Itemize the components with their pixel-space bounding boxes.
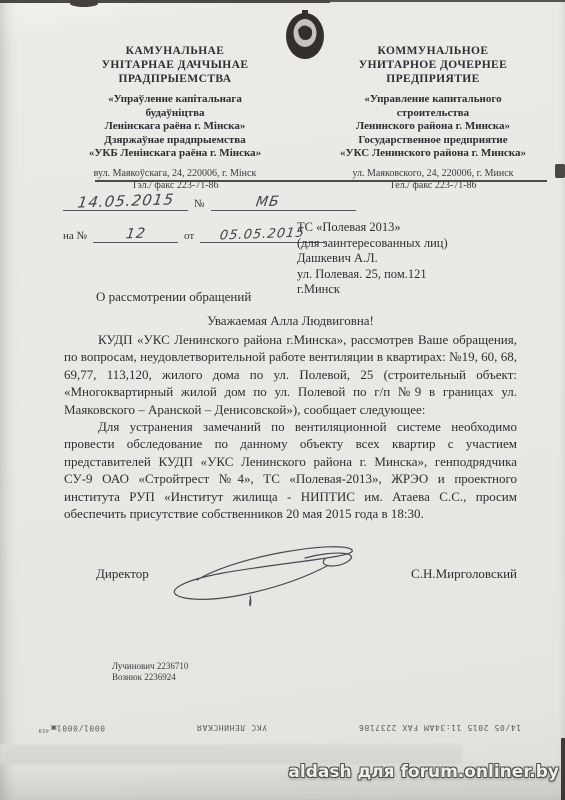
incoming-number-field: 12: [93, 226, 178, 243]
scan-right-mark-artifact: [555, 164, 565, 178]
fax-pages-value: 0001/0001: [56, 723, 105, 732]
outgoing-number-handwritten: МБ: [255, 194, 281, 211]
signature-row: Директор С.Н.Мирголовский: [96, 566, 517, 582]
org-type-by: КАМУНАЛЬНАЕ УНІТАРНАЕ ДАЧЧЫНАЕ ПРАДПРЫЕМ…: [55, 44, 295, 86]
outgoing-date-handwritten: 14.05.2015: [76, 190, 175, 211]
incoming-reference-line: на № 12 от 05.05.2015: [63, 226, 325, 243]
letterhead-russian: КОММУНАЛЬНОЕ УНИТАРНОЕ ДОЧЕРНЕЕ ПРЕДПРИЯ…: [312, 44, 554, 193]
number-sign-label: №: [194, 198, 205, 210]
salutation: Уважаемая Алла Людвиговна!: [64, 313, 517, 329]
letter-body: КУДП «УКС Ленинского района г.Минска», р…: [64, 331, 517, 522]
letterhead-belarusian: КАМУНАЛЬНАЕ УНІТАРНАЕ ДАЧЧЫНАЕ ПРАДПРЫЕМ…: [55, 44, 295, 193]
org-name-ru: «Управление капитального строительства Л…: [312, 93, 554, 161]
fax-mark: 459: [38, 727, 49, 733]
forum-watermark: aldash для forum.onliner.by: [288, 762, 559, 782]
fax-page-count: 0001/0001▣459: [38, 723, 105, 733]
scanned-letter-page: КАМУНАЛЬНАЕ УНІТАРНАЕ ДАЧЧЫНАЕ ПРАДПРЫЕМ…: [0, 0, 565, 800]
executor-contacts: Лучинович 2236710 Вознюк 2236924: [112, 661, 188, 683]
letterhead-divider-line: [95, 180, 547, 182]
fax-timestamp: 14/05 2015 11:34AM FAX 2237186: [359, 724, 522, 733]
org-type-ru: КОММУНАЛЬНОЕ УНИТАРНОЕ ДОЧЕРНЕЕ ПРЕДПРИЯ…: [312, 44, 554, 86]
fax-header-strip: 14/05 2015 11:34AM FAX 2237186 УКС ЛЕНИН…: [0, 720, 565, 736]
scan-top-blob-artifact: [70, 0, 98, 7]
signer-name: С.Н.Мирголовский: [411, 566, 517, 582]
body-paragraph-2: Для устранения замечаний по вентиляционн…: [64, 418, 517, 522]
reply-to-label: на №: [63, 230, 87, 242]
outgoing-number-field: МБ: [211, 194, 326, 211]
incoming-date-handwritten: 05.05.2015: [219, 226, 306, 244]
signer-title: Директор: [96, 566, 149, 582]
outgoing-number-field-tail: [326, 210, 356, 211]
recipient-block: ТС «Полевая 2013» (для заинтересованных …: [297, 220, 532, 298]
outgoing-reference-line: 14.05.2015 № МБ: [63, 192, 356, 211]
scan-top-edge-artifact-thick: [0, 0, 330, 3]
from-label: от: [184, 230, 194, 242]
outgoing-date-field: 14.05.2015: [63, 192, 188, 211]
body-paragraph-1: КУДП «УКС Ленинского района г.Минска», р…: [64, 331, 517, 418]
fax-sender: УКС ЛЕНИНСКАЯ: [197, 724, 267, 733]
org-name-by: «Упраўленне капітальнага будаўніцтва Лен…: [55, 93, 295, 161]
incoming-number-handwritten: 12: [124, 226, 146, 243]
subject-line: О рассмотрении обращений: [96, 289, 251, 305]
